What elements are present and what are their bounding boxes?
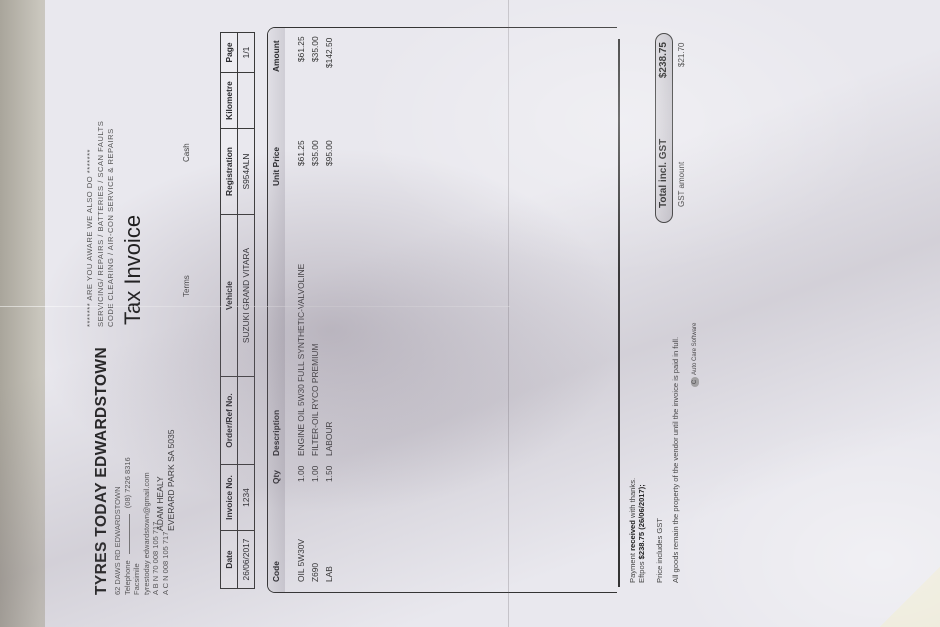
photo-background: TYRES TODAY EDWARDSTOWN 62 DAWS RD EDWAR…	[0, 0, 940, 627]
paper-corner	[880, 567, 940, 627]
gst-amount-value: $21.70	[677, 43, 686, 67]
invoice-header-table: Date Invoice No. Order/Ref No. Vehicle R…	[220, 32, 255, 589]
total-label: Total incl. GST	[658, 139, 669, 208]
item-code: LAB	[324, 566, 334, 582]
item-description: FILTER-OIL RYCO PREMIUM	[310, 344, 320, 456]
company-name: TYRES TODAY EDWARDSTOWN	[93, 347, 111, 595]
item-unit-price: $61.25	[296, 140, 306, 166]
promo-line: CODE CLEARING / AIR-CON SERVICE & REPAIR…	[106, 121, 117, 327]
date-value: 26/06/2017	[238, 531, 255, 589]
software-credit-text: Auto Care Software	[692, 323, 698, 375]
line-items-header: Code Qty Description Unit Price Amount	[268, 28, 285, 592]
tax-invoice-sheet: TYRES TODAY EDWARDSTOWN 62 DAWS RD EDWAR…	[45, 0, 940, 627]
col-page: Page	[221, 33, 238, 73]
gst-note: Price includes GST	[655, 518, 664, 583]
item-qty: 1.00	[296, 466, 306, 482]
item-amount: $61.25	[296, 36, 306, 62]
promo-text: ******* ARE YOU AWARE WE ALSO DO *******…	[85, 121, 117, 327]
company-email: tyrestoday edwardstown@gmail.com	[142, 457, 152, 595]
company-address: 62 DAWS RD EDWARDSTOWN	[113, 457, 123, 595]
item-amount: $142.50	[324, 38, 334, 68]
payment-text: Payment	[628, 551, 637, 583]
item-qty: 1.00	[310, 466, 320, 482]
invoice-no-value: 1234	[238, 465, 255, 531]
payment-text: with thanks.	[628, 478, 637, 520]
payment-text: received	[628, 520, 637, 551]
line-item-row: LAB 1.50 LABOUR $95.00 $142.50	[324, 28, 336, 592]
line-items-table: Code Qty Description Unit Price Amount O…	[267, 27, 617, 593]
property-note: All goods remain the property of the ven…	[671, 337, 680, 583]
document-title: Tax Invoice	[120, 215, 146, 325]
item-unit-price: $35.00	[310, 140, 320, 166]
order-ref-value	[238, 377, 255, 465]
paper-fold	[508, 0, 509, 627]
total-value: $238.75	[658, 42, 669, 78]
col-unit-price: Unit Price	[271, 147, 281, 186]
col-description: Description	[271, 410, 281, 456]
item-description: LABOUR	[324, 422, 334, 456]
vehicle-value: SUZUKI GRAND VITARA	[238, 215, 255, 377]
divider	[618, 39, 620, 587]
col-order-ref: Order/Ref No.	[221, 377, 238, 465]
col-date: Date	[221, 531, 238, 589]
software-credit: CAuto Care Software	[691, 323, 699, 387]
col-kilometre: Kilometre	[221, 73, 238, 129]
gst-amount-label: GST amount	[677, 162, 686, 207]
telephone-label: Telephone	[123, 560, 132, 595]
paper-fold	[0, 306, 510, 307]
col-registration: Registration	[221, 129, 238, 215]
col-invoice-no: Invoice No.	[221, 465, 238, 531]
telephone-value: (08) 7226 8316	[123, 457, 132, 508]
company-facsimile: Facsimile	[132, 457, 142, 595]
customer-address: EVERARD PARK SA 5035	[166, 429, 177, 531]
col-amount: Amount	[271, 40, 281, 72]
item-code: OIL 5W30V	[296, 539, 306, 582]
item-description: ENGINE OIL 5W30 FULL SYNTHETIC-VALVOLINE	[296, 264, 306, 456]
kilometre-value	[238, 73, 255, 129]
col-vehicle: Vehicle	[221, 215, 238, 377]
item-unit-price: $95.00	[324, 140, 334, 166]
page-value: 1/1	[238, 33, 255, 73]
payment-note: Payment received with thanks. Eftpos $23…	[628, 478, 646, 583]
line-item-row: Z690 1.00 FILTER-OIL RYCO PREMIUM $35.00…	[310, 28, 322, 592]
registration-value: S954ALN	[238, 129, 255, 215]
col-code: Code	[271, 561, 281, 582]
item-amount: $35.00	[310, 36, 320, 62]
total-incl-gst: Total incl. GST $238.75	[655, 33, 673, 223]
item-code: Z690	[310, 563, 320, 582]
customer-name: ADAM HEALY	[155, 429, 166, 531]
promo-line: SERVICING/ REPAIRS / BATTERIES / SCAN FA…	[96, 121, 107, 327]
promo-line: ******* ARE YOU AWARE WE ALSO DO *******	[85, 121, 96, 327]
company-telephone: Telephone (08) 7226 8316	[123, 457, 133, 595]
payment-method: Eftpos	[637, 559, 646, 583]
terms-label: Terms	[182, 275, 191, 297]
copyright-icon: C	[691, 377, 699, 387]
line-item-row: OIL 5W30V 1.00 ENGINE OIL 5W30 FULL SYNT…	[296, 28, 308, 592]
col-qty: Qty	[271, 470, 281, 484]
customer-block: ADAM HEALY EVERARD PARK SA 5035	[155, 429, 177, 531]
payment-amount-date: $238.75 (26/06/2017);	[637, 484, 646, 559]
item-qty: 1.50	[324, 466, 334, 482]
terms-value: Cash	[182, 143, 191, 162]
